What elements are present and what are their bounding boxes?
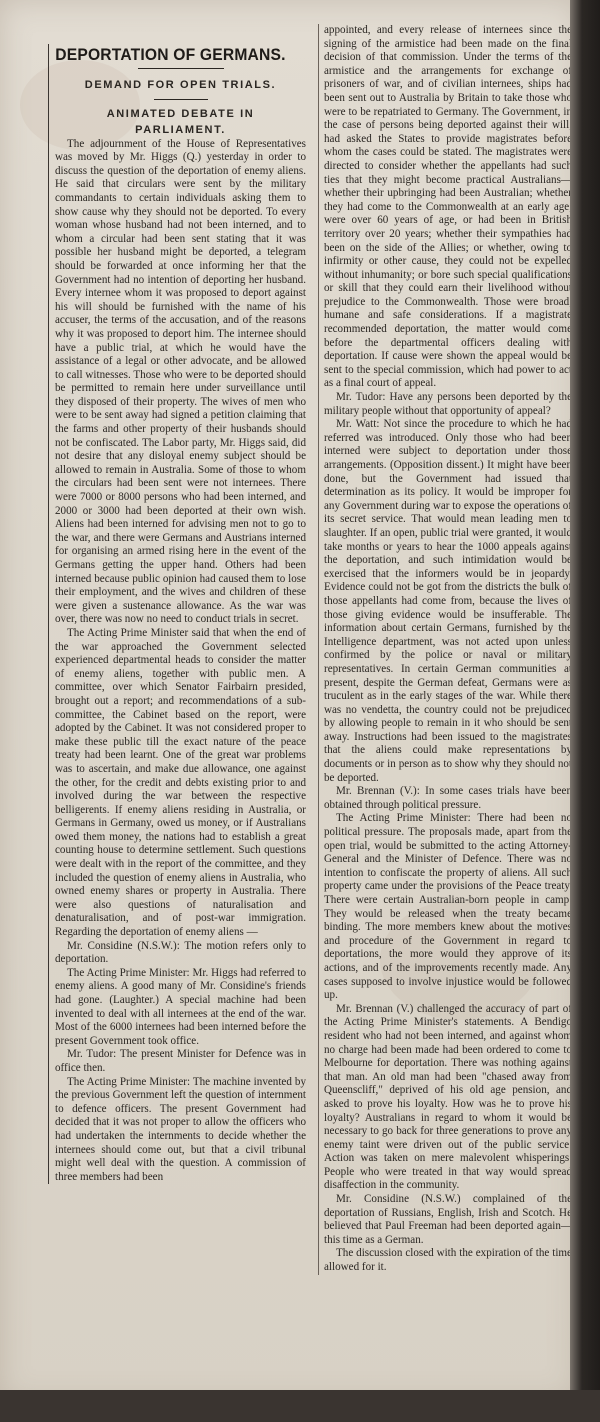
paragraph: appointed, and every release of internee…: [324, 24, 572, 391]
paragraph: The Acting Prime Minister: The machine i…: [55, 1076, 306, 1185]
headline-divider: [138, 68, 224, 69]
paragraph: Mr. Tudor: Have any persons been deporte…: [324, 391, 572, 418]
article-subhead-2-line1: ANIMATED DEBATE IN: [55, 106, 306, 122]
paragraph: Mr. Considine (N.S.W.) complained of the…: [324, 1193, 572, 1247]
paragraph: The adjournment of the House of Represen…: [55, 138, 306, 627]
paragraph: The Acting Prime Minister said that when…: [55, 627, 306, 940]
paragraph: The Acting Prime Minister: Mr. Higgs had…: [55, 967, 306, 1049]
subhead-divider: [154, 99, 208, 100]
article-subhead-1: DEMAND FOR OPEN TRIALS.: [55, 77, 306, 93]
paragraph: Mr. Brennan (V.): In some cases trials h…: [324, 785, 572, 812]
article-subhead-2-line2: PARLIAMENT.: [55, 122, 306, 138]
article-column-left: DEPORTATION OF GERMANS. DEMAND FOR OPEN …: [48, 44, 306, 1184]
paragraph: Mr. Brennan (V.) challenged the accuracy…: [324, 1003, 572, 1193]
torn-bottom-edge: [0, 1390, 600, 1422]
dark-backing: [570, 0, 600, 1422]
paragraph: Mr. Watt: Not since the procedure to whi…: [324, 418, 572, 785]
paragraph: The discussion closed with the expiratio…: [324, 1247, 572, 1274]
article-headline: DEPORTATION OF GERMANS.: [55, 48, 286, 62]
newspaper-clipping: DEPORTATION OF GERMANS. DEMAND FOR OPEN …: [0, 0, 578, 1402]
paragraph: Mr. Tudor: The present Minister for Defe…: [55, 1048, 306, 1075]
paragraph: The Acting Prime Minister: There had bee…: [324, 812, 572, 1002]
article-column-right: appointed, and every release of internee…: [318, 24, 572, 1275]
paragraph: Mr. Considine (N.S.W.): The motion refer…: [55, 940, 306, 967]
